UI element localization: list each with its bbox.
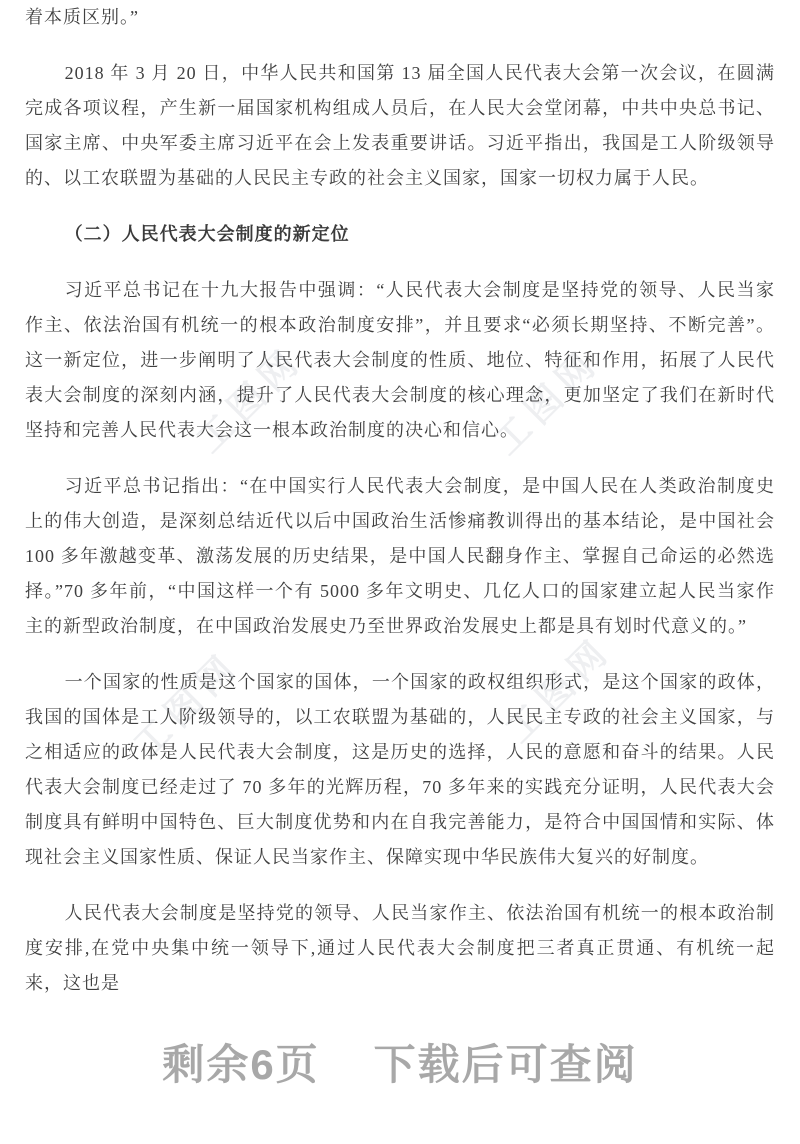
paragraph-continuation: 着本质区别。” <box>25 0 775 35</box>
section-heading: （二）人民代表大会制度的新定位 <box>25 217 775 252</box>
remaining-pages-text: 剩余6页 <box>162 1041 319 1089</box>
download-hint-text: 下载后可查阅 <box>374 1041 638 1089</box>
body-paragraph: 习近平总书记指出：“在中国实行人民代表大会制度，是中国人民在人类政治制度史上的伟… <box>25 469 775 644</box>
document-page: 着本质区别。” 2018 年 3 月 20 日，中华人民共和国第 13 届全国人… <box>0 0 800 1022</box>
body-paragraph: 一个国家的性质是这个国家的国体，一个国家的政权组织形式，是这个国家的政体，我国的… <box>25 665 775 875</box>
footer-banner: 剩余6页 下载后可查阅 <box>0 1041 800 1089</box>
body-paragraph: 2018 年 3 月 20 日，中华人民共和国第 13 届全国人民代表大会第一次… <box>25 56 775 196</box>
body-paragraph: 人民代表大会制度是坚持党的领导、人民当家作主、依法治国有机统一的根本政治制度安排… <box>25 896 775 1001</box>
body-paragraph: 习近平总书记在十九大报告中强调：“人民代表大会制度是坚持党的领导、人民当家作主、… <box>25 273 775 448</box>
